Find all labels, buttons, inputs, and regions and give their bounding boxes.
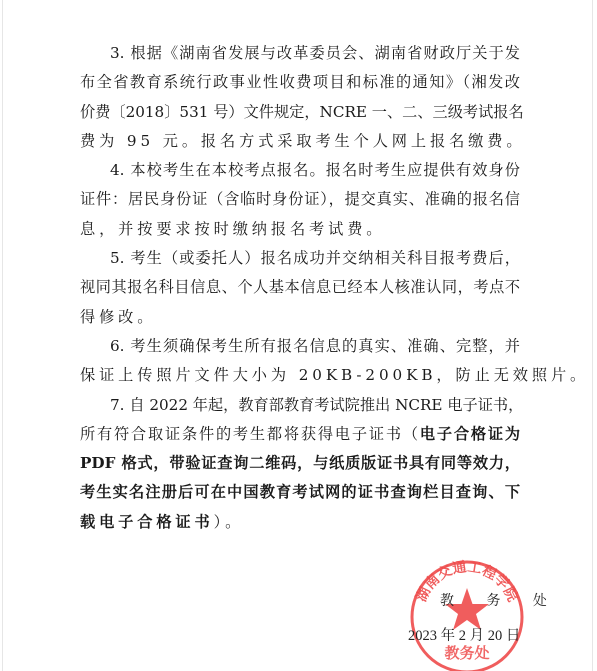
signature-department: 教 务 处	[440, 590, 561, 610]
seal-center-text: 教务处	[444, 644, 489, 662]
para-7-line-5: 载电子合格证书）。	[80, 508, 520, 537]
para-4-line-3: 息，并按要求按时缴纳报名考试费。	[80, 215, 520, 244]
para-7-line-3: PDF 格式，带验证查询二维码，与纸质版证书具有同等效力，	[80, 449, 520, 478]
para-3-line-2: 布全省教育系统行政事业性收费项目和标准的通知》（湘发改	[80, 68, 520, 97]
page-edge-left	[2, 0, 3, 671]
para-7-line-5-normal: ）。	[214, 513, 245, 531]
para-7-line-4: 考生实名注册后可在中国教育考试网的证书查询栏目查询、下	[80, 478, 520, 507]
para-3-line-3: 价费〔2018〕531 号）文件规定，NCRE 一、二、三级考试报名	[80, 98, 520, 127]
para-7-line-1: 7. 自 2022 年起，教育部教育考试院推出 NCRE 电子证书，	[80, 391, 520, 420]
para-5-line-1: 5. 考生（或委托人）报名成功并交纳相关科目报考费后，	[80, 244, 520, 273]
official-seal-icon: 湖南交通工程学院 教务处	[408, 558, 526, 671]
para-5-line-3: 得修改。	[80, 303, 520, 332]
para-3-line-1: 3. 根据《湖南省发展与改革委员会、湖南省财政厅关于发	[80, 39, 520, 68]
para-7-line-2-normal: 所有符合取证条件的考生都将获得电子证书（	[80, 425, 420, 443]
para-5-line-2: 视同其报名科目信息、个人基本信息已经本人核准认同，考点不	[80, 273, 520, 302]
para-3-line-4: 费为 95 元。报名方式采取考生个人网上报名缴费。	[80, 127, 520, 156]
para-4-line-2: 证件：居民身份证（含临时身份证），提交真实、准确的报名信	[80, 185, 520, 214]
para-7-line-2-bold: 电子合格证为	[420, 425, 520, 443]
para-7-line-5-bold: 载电子合格证书	[80, 513, 214, 531]
para-6-line-2: 保证上传照片文件大小为 20KB-200KB，防止无效照片。	[80, 361, 520, 390]
signature-date: 2023 年 2 月 20 日	[408, 624, 520, 645]
para-6-line-1: 6. 考生须确保考生所有报名信息的真实、准确、完整，并	[80, 332, 520, 361]
document-body: 3. 根据《湖南省发展与改革委员会、湖南省财政厅关于发 布全省教育系统行政事业性…	[80, 39, 520, 537]
para-4-line-1: 4. 本校考生在本校考点报名。报名时考生应提供有效身份	[80, 156, 520, 185]
para-7-line-2: 所有符合取证条件的考生都将获得电子证书（电子合格证为	[80, 420, 520, 449]
page-edge-right	[592, 0, 593, 671]
